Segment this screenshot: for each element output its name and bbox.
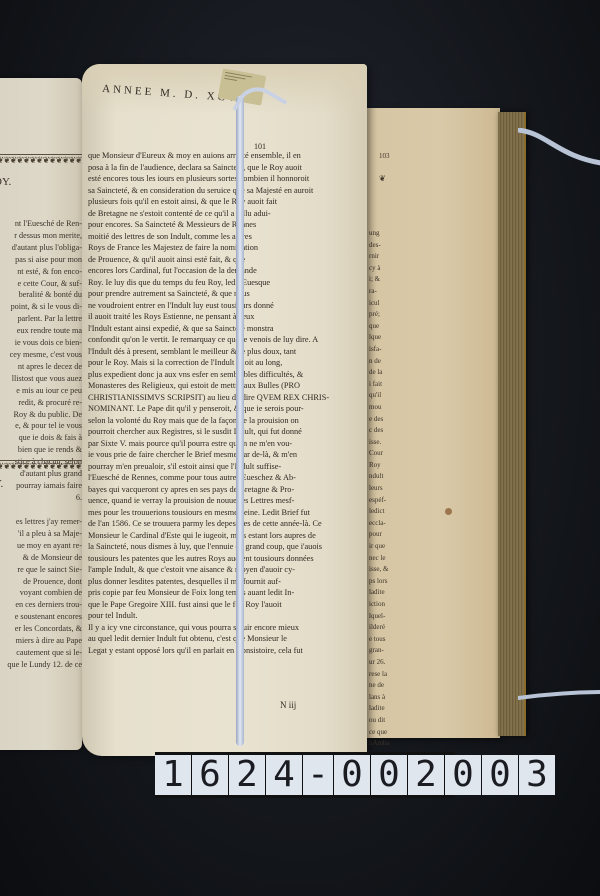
text-line: miers à dire au Pape	[0, 635, 82, 647]
text-line: pourray iamais faire	[0, 480, 82, 492]
text-line: rese la	[369, 669, 399, 681]
text-line: que Monsieur d'Eureux & moy en auions ar…	[88, 150, 358, 162]
text-line: sa Saincteté, & en consideration du seru…	[88, 185, 358, 197]
text-line: 6.	[0, 492, 82, 504]
text-line: rnir	[369, 251, 399, 263]
text-line: n de	[369, 356, 399, 368]
id-digit-card: 0	[445, 755, 481, 795]
text-line: il auoit traité les Roys Estienne, ne pe…	[88, 311, 358, 323]
text-line: l'ample Indult, & que c'estoit vne aisan…	[88, 564, 358, 576]
text-line: encores lors Cardinal, fut l'occasion de…	[88, 265, 358, 277]
text-line: ra-	[369, 286, 399, 298]
text-line: Monsieur le Cardinal d'Este qui le iugeo…	[88, 530, 358, 542]
text-line: Monasteres des Religieux, qui estoit de …	[88, 380, 358, 392]
text-line: pour	[369, 529, 399, 541]
text-line: lquel-	[369, 611, 399, 623]
text-line: ou dit	[369, 715, 399, 727]
text-line: lque	[369, 332, 399, 344]
text-line: nt esté, & fon enco-	[0, 266, 82, 278]
text-line: isse, &	[369, 564, 399, 576]
text-line: mes pour les trouuerions tousiours en me…	[88, 507, 358, 519]
text-line: des-	[369, 240, 399, 252]
text-line: bayes qui vacqueront cy apres en ses pay…	[88, 484, 358, 496]
text-line: eux rendre toute ma	[0, 325, 82, 337]
text-line: ne voudroient entrer en l'Indult luy eus…	[88, 300, 358, 312]
text-line: de Prouence, dont	[0, 576, 82, 588]
text-line: icul	[369, 298, 399, 310]
text-line: ladite	[369, 703, 399, 715]
id-digit-card: 3	[519, 755, 555, 795]
archive-id-part-1: 1624-002	[155, 755, 445, 795]
foxing-stain	[445, 508, 452, 515]
text-line: leurs	[369, 483, 399, 495]
text-line: de Bretagne ne s'estoit contenté de ce q…	[88, 208, 358, 220]
text-line: ps lors	[369, 576, 399, 588]
text-line: l'Indult dés à present, semblant le meil…	[88, 346, 358, 358]
text-line: ung	[369, 228, 399, 240]
text-line: de Prouence, & qu'il auoit ainsi esté fa…	[88, 254, 358, 266]
text-line: redit, & procuré re-	[0, 397, 82, 409]
text-line: ledict	[369, 506, 399, 518]
text-line: plus expedient donc ja aux vns esfer en …	[88, 369, 358, 381]
id-digit-card: 2	[229, 755, 265, 795]
book-page-edges	[498, 112, 526, 736]
text-line: isfa-	[369, 344, 399, 356]
text-line: c des	[369, 425, 399, 437]
text-line: er les Concordats, &	[0, 623, 82, 635]
id-digit-card: 0	[334, 755, 370, 795]
page-body-text: que Monsieur d'Eureux & moy en auions ar…	[88, 150, 358, 656]
left-page-heading: OY.	[0, 176, 11, 188]
text-line: confondit qu'on le vertit. Ie remarquay …	[88, 334, 358, 346]
text-line: espéf-	[369, 495, 399, 507]
text-line: ur 26.	[369, 657, 399, 669]
text-line: ladite	[369, 587, 399, 599]
text-line: e soustenant encores	[0, 611, 82, 623]
text-line: ie vous dois ce bien-	[0, 337, 82, 349]
text-line: plusieurs fois qu'il en estoit ainsi, & …	[88, 196, 358, 208]
text-line: parlent. Par la lettre	[0, 313, 82, 325]
turning-page[interactable]: ANNEE M. D. XCVI. 101 que Monsieur d'Eur…	[82, 64, 367, 756]
right-page-ornament: ❦	[379, 174, 386, 183]
text-line: en ces derniers trou-	[0, 599, 82, 611]
right-page: 103 ❦ ungdes-rnircy ài; &ra-iculpré;quel…	[355, 108, 500, 738]
text-line: ue moy en ayant re-	[0, 540, 82, 552]
id-digit-card: 1	[155, 755, 191, 795]
text-line: pré;	[369, 309, 399, 321]
text-line: hAmba	[369, 738, 399, 750]
id-digit-card: 0	[371, 755, 407, 795]
text-line: nt l'Euesché de Ren-	[0, 218, 82, 230]
text-line: que le Pape Gregoire XIII. fust ainsi qu…	[88, 599, 358, 611]
text-line: pour prendre autrement sa Saincteté, & q…	[88, 288, 358, 300]
text-line: lans à	[369, 692, 399, 704]
text-line: la Saincteté, nous dismes à luy, que l'e…	[88, 541, 358, 553]
text-line: & de Monsieur de	[0, 552, 82, 564]
text-line: es lettres j'ay remer-	[0, 516, 82, 528]
left-page-text-lower: es lettres j'ay remer-'il a pleu à sa Ma…	[0, 516, 82, 671]
text-line: que le Lundy 12. de ce	[0, 659, 82, 671]
text-line: r dessus mon merite,	[0, 230, 82, 242]
text-line: plus donner lesdites patentes, desquelle…	[88, 576, 358, 588]
text-line: ilderé	[369, 622, 399, 634]
text-line: eccla-	[369, 518, 399, 530]
decorative-ornament-band: ❦❦❦❦❦❦❦❦❦❦❦❦❦❦	[0, 460, 82, 471]
right-page-text-fragments: ungdes-rnircy ài; &ra-iculpré;quelqueisf…	[369, 228, 399, 761]
text-line: cautement que si le-	[0, 647, 82, 659]
text-line: cey mesme, c'est vous	[0, 349, 82, 361]
text-line: ir que	[369, 541, 399, 553]
text-line: 'il a pleu à sa Maje-	[0, 528, 82, 540]
text-line: pour tel Indult.	[88, 610, 358, 622]
text-line: i fait	[369, 379, 399, 391]
id-digit-card: 6	[192, 755, 228, 795]
text-line: de la	[369, 367, 399, 379]
text-line: posa à la fin de l'audience, declara sa …	[88, 162, 358, 174]
text-line: Roy & du public. De	[0, 409, 82, 421]
text-line: bien que ie rends &	[0, 444, 82, 456]
text-line: CHRISTIANISSIMVS SCRIPSIT) au lieu de di…	[88, 392, 358, 404]
text-line: ie vous prie de faire chercher le Brief …	[88, 449, 358, 461]
text-line: tousiours les patentes que les autres Ro…	[88, 553, 358, 565]
text-line: l'Indult estant ainsi expedié, & que sa …	[88, 323, 358, 335]
text-line: Il y a icy vne circonstance, qui vous po…	[88, 622, 358, 634]
signature-mark: N iij	[280, 700, 296, 710]
text-line: pourray m'en preualoir, s'il estoit ains…	[88, 461, 358, 473]
text-line: que	[369, 321, 399, 333]
decorative-ornament-band: ❦❦❦❦❦❦❦❦❦❦❦❦❦❦	[0, 154, 82, 165]
text-line: ce que	[369, 727, 399, 739]
text-line: Cour	[369, 448, 399, 460]
archive-id-strip: 1624-002 003	[155, 752, 455, 798]
text-line: esté encores tous les iours en plusieurs…	[88, 173, 358, 185]
text-line: e cette Cour, & suf-	[0, 278, 82, 290]
text-line: de l'an 1586. Ce se trouuera parmy les d…	[88, 518, 358, 530]
text-line: pour le Roy. Mais si la correction de l'…	[88, 357, 358, 369]
text-line: d'autant plus l'obliga-	[0, 242, 82, 254]
text-line: pas si aise pour mon	[0, 254, 82, 266]
text-line: Roy	[369, 460, 399, 472]
text-line: qu'il	[369, 390, 399, 402]
text-line: cy à	[369, 263, 399, 275]
text-line: que ie dois & fais à	[0, 432, 82, 444]
text-line: pris copie par feu Monsieur de Foix long…	[88, 587, 358, 599]
text-line: moitié des lettres de son Indult, comme …	[88, 231, 358, 243]
id-digit-card: 0	[482, 755, 518, 795]
text-line: mou	[369, 402, 399, 414]
text-line: NOMINANT. Le Pape dit qu'il y penseroit,…	[88, 403, 358, 415]
text-line: point, & si le vous di-	[0, 301, 82, 313]
text-line: isse.	[369, 437, 399, 449]
text-line: beralité & bonté du	[0, 289, 82, 301]
bookmark-cord[interactable]	[236, 96, 244, 746]
right-page-folio: 103	[379, 152, 390, 160]
text-line: ndult	[369, 471, 399, 483]
text-line: par Sixte V. mais pource qu'il pourra es…	[88, 438, 358, 450]
text-line: iction	[369, 599, 399, 611]
text-line: pourroit chercher aux Registres, si le s…	[88, 426, 358, 438]
text-line: i; &	[369, 274, 399, 286]
text-line: nt apres le decez de	[0, 361, 82, 373]
text-line: voyant combien de	[0, 587, 82, 599]
text-line: e tous	[369, 634, 399, 646]
id-digit-card: -	[303, 755, 333, 795]
text-line: e, & pour tel ie vous	[0, 420, 82, 432]
text-line: selon la volonté du Roy mais que de la f…	[88, 415, 358, 427]
text-line: uence, quand ie verray la prouision de n…	[88, 495, 358, 507]
text-line: llistost que vous auez	[0, 373, 82, 385]
text-line: gran-	[369, 645, 399, 657]
text-line: ne de	[369, 680, 399, 692]
id-digit-card: 2	[408, 755, 444, 795]
bookmark-cord-right-bottom	[518, 684, 600, 704]
left-page-heading-2: Y.	[0, 478, 3, 490]
text-line: e des	[369, 414, 399, 426]
text-line: re que le sainct Sie-	[0, 564, 82, 576]
text-line: Roys de France les Majestez de faire la …	[88, 242, 358, 254]
bookmark-cord-right-top	[518, 128, 600, 168]
text-line: nec le	[369, 553, 399, 565]
archive-id-part-2: 003	[445, 755, 556, 795]
id-digit-card: 4	[266, 755, 302, 795]
text-line: l'Euesché de Rennes, comme pour tous aut…	[88, 472, 358, 484]
text-line: Roy. Ie luy dis que du temps du feu Roy,…	[88, 277, 358, 289]
text-line: au quel ledit dernier Indult fut obtenu,…	[88, 633, 358, 645]
text-line: Legat y estant opposé lors qu'il en parl…	[88, 645, 358, 657]
text-line: e mis au iour ce peu	[0, 385, 82, 397]
text-line: pour encores. Sa Saincteté & Messieurs d…	[88, 219, 358, 231]
left-page: ❦❦❦❦❦❦❦❦❦❦❦❦❦❦ OY. nt l'Euesché de Ren-r…	[0, 78, 82, 750]
